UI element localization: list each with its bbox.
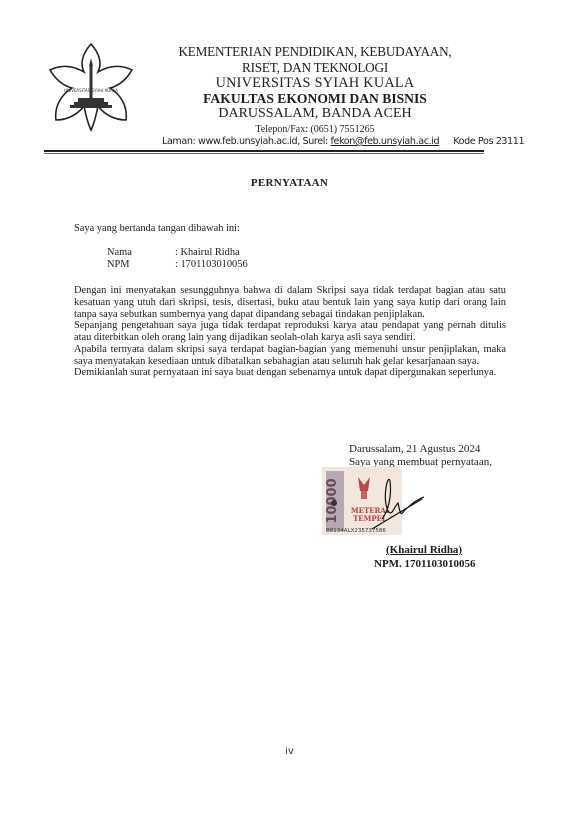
intro-text: Saya yang bertanda tangan dibawah ini: <box>74 223 240 234</box>
website-text: Laman: www.feb.unsyiah.ac.id, Surel: <box>162 136 330 147</box>
svg-text:B8134ALX235737586: B8134ALX235737586 <box>326 528 386 534</box>
page-number: iv <box>0 746 579 757</box>
paragraph: Apabila ternyata dalam skripsi saya terd… <box>74 344 506 368</box>
revenue-stamp-icon: 10000 METERAI TEMPEL B8134ALX235737586 <box>322 467 424 537</box>
contact-line: Laman: www.feb.unsyiah.ac.id, Surel: fek… <box>162 136 524 147</box>
field-value-npm: : 1701103010056 <box>175 259 248 270</box>
field-label-name: Nama <box>107 247 132 258</box>
signer-npm: NPM. 1701103010056 <box>374 558 475 570</box>
university-name: UNIVERSITAS SYIAH KUALA <box>150 75 480 92</box>
university-emblem-icon: UNIVERSITAS SYIAH KUALA <box>36 40 146 132</box>
place-date: Darussalam, 21 Agustus 2024 <box>349 443 480 455</box>
letterhead-divider <box>44 150 484 152</box>
email-link[interactable]: fekon@feb.unsyiah.ac.id <box>330 136 439 147</box>
faculty-name: FAKULTAS EKONOMI DAN BISNIS <box>150 91 480 107</box>
address: DARUSSALAM, BANDA ACEH <box>150 106 480 122</box>
postal-code: Kode Pos 23111 <box>453 136 524 147</box>
letterhead-divider-thin <box>44 153 484 154</box>
ministry-name: KEMENTERIAN PENDIDIKAN, KEBUDAYAAN, <box>150 44 480 60</box>
statement-body: Dengan ini menyatakan sesungguhnya bahwa… <box>74 285 506 379</box>
phone-fax: Telepon/Fax: (0651) 7551265 <box>150 124 480 135</box>
field-value-name: : Khairul Ridha <box>175 247 240 258</box>
ministry-name-cont: RISET, DAN TEKNOLOGI <box>150 60 480 76</box>
paragraph: Dengan ini menyatakan sesungguhnya bahwa… <box>74 285 506 320</box>
svg-text:UNIVERSITAS SYIAH KUALA: UNIVERSITAS SYIAH KUALA <box>64 88 118 93</box>
paragraph: Sepanjang pengetahuan saya juga tidak te… <box>74 320 506 344</box>
paragraph: Demikianlah surat pernyataan ini saya bu… <box>74 367 506 379</box>
signer-name: (Khairul Ridha) <box>386 544 462 556</box>
field-label-npm: NPM <box>107 259 130 270</box>
document-title: PERNYATAAN <box>0 177 579 189</box>
